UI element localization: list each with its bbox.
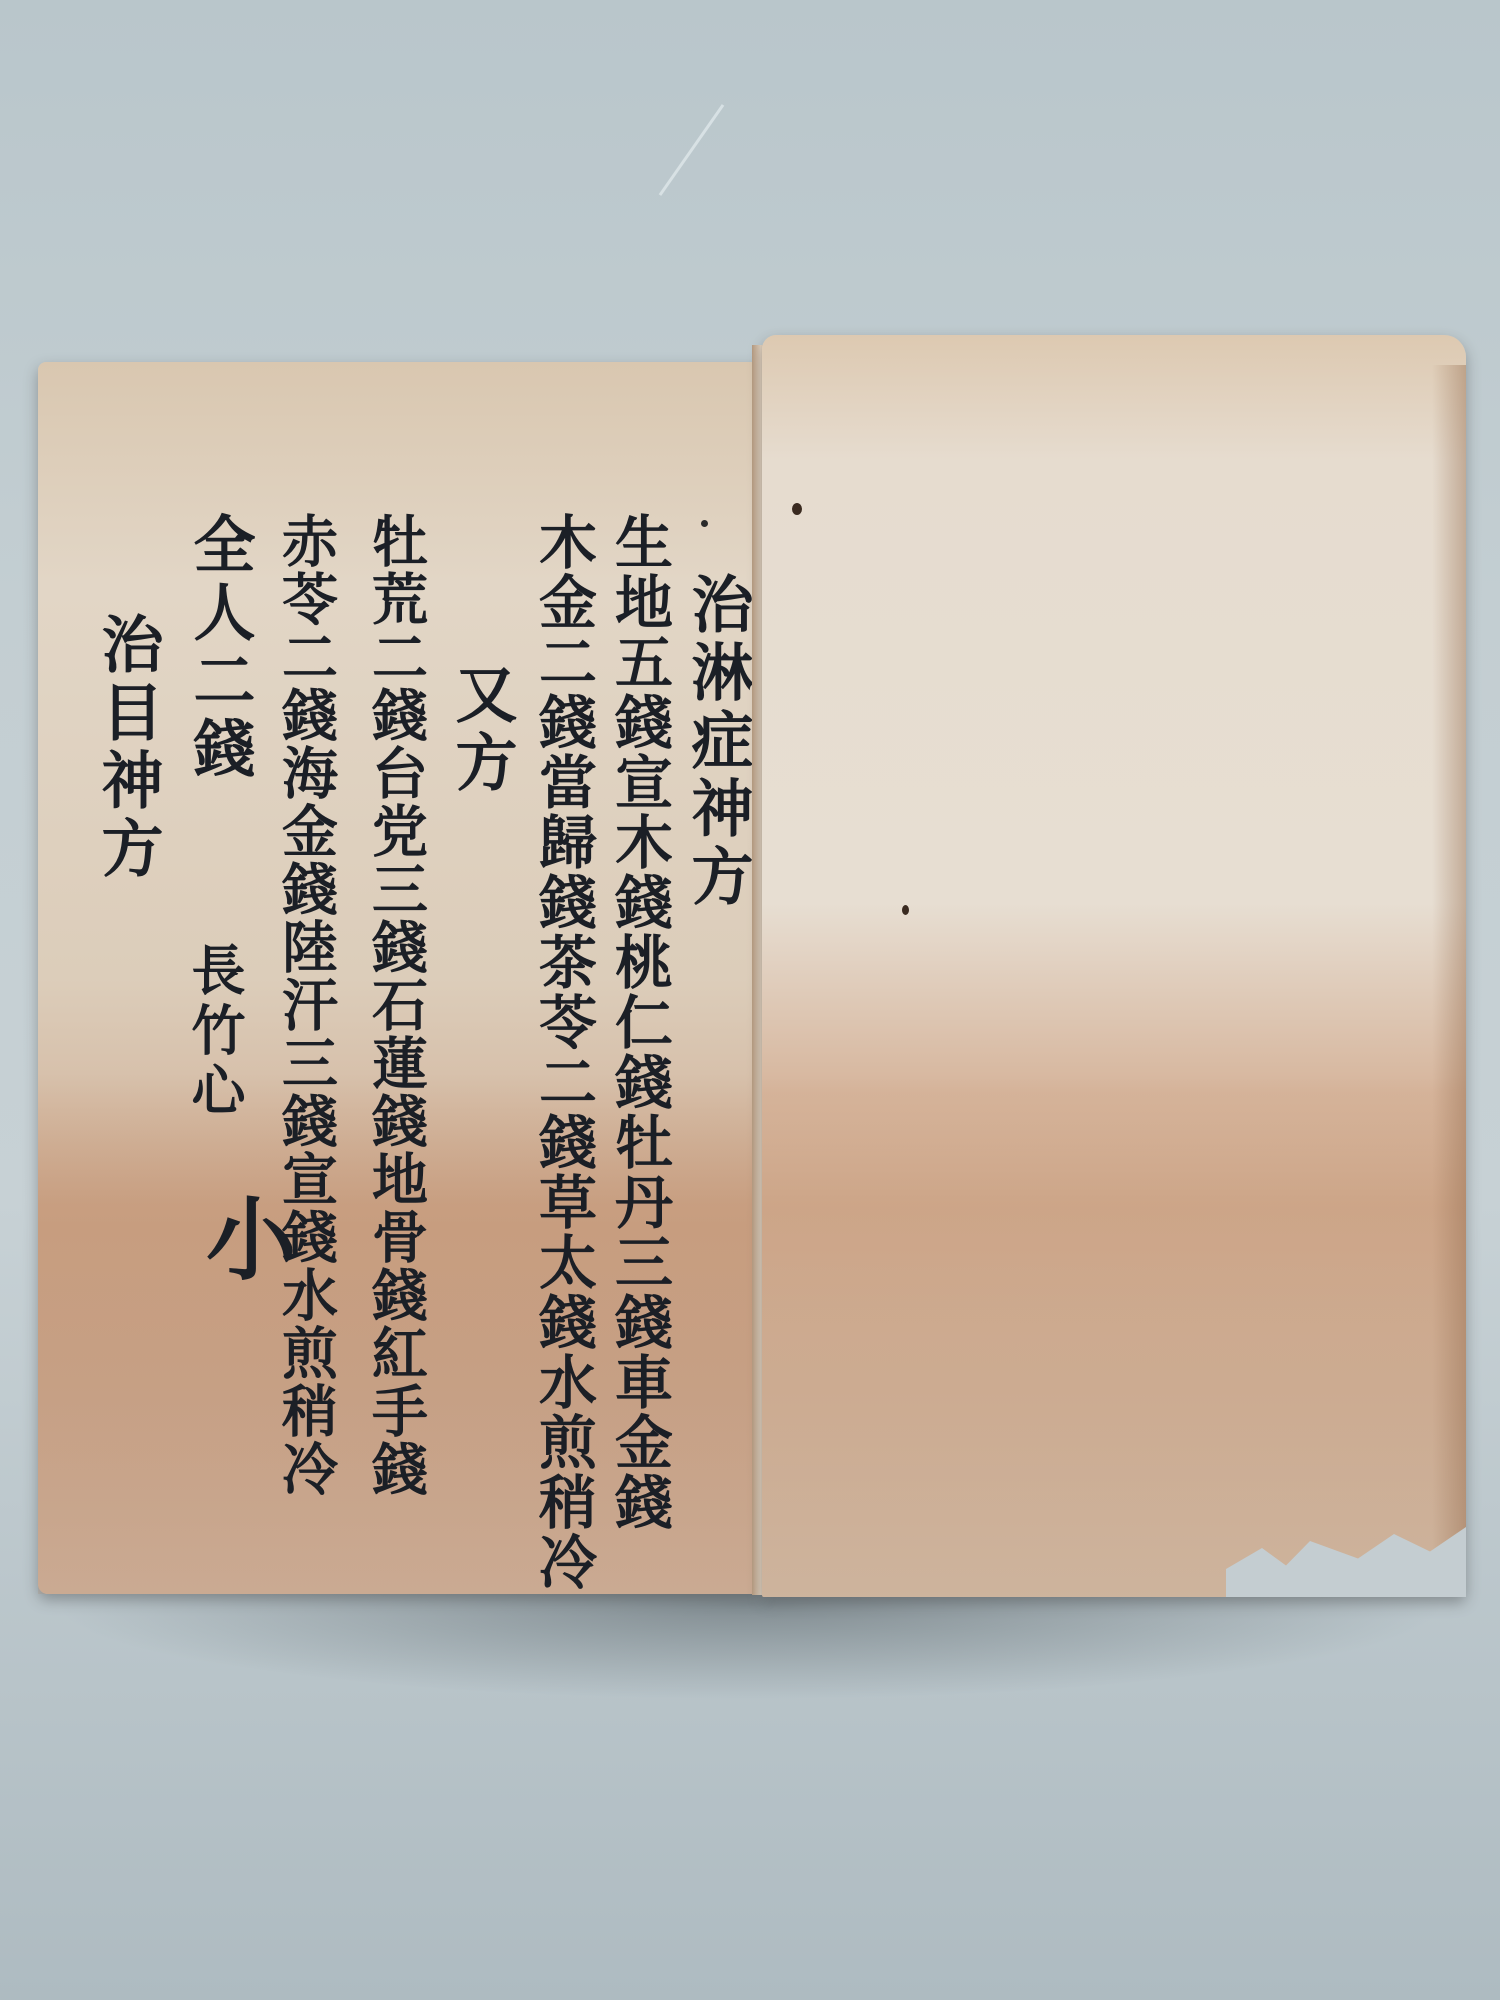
prescription-column-2: 木金二錢當歸錢茶苓二錢草太錢水煎稍冷: [534, 512, 592, 1592]
prescription-column-1: 生地五錢宣木錢桃仁錢牡丹三錢車金錢: [610, 512, 668, 1532]
page-edge: [1432, 365, 1466, 1567]
background-scratch: [659, 104, 725, 196]
title-column-eye: 治目神方: [96, 612, 158, 884]
torn-corner: [1226, 1527, 1466, 1597]
water-stain: [762, 1077, 1466, 1597]
prescription-column-7: 小: [198, 1192, 288, 1288]
left-page: 治淋症神方 生地五錢宣木錢桃仁錢牡丹三錢車金錢 木金二錢當歸錢茶苓二錢草太錢水煎…: [38, 362, 762, 1594]
ink-dot: [701, 520, 708, 527]
title-column-linbing: 治淋症神方: [686, 572, 748, 912]
wormhole: [792, 503, 802, 515]
right-page: [762, 335, 1466, 1597]
wormhole: [902, 905, 909, 915]
prescription-column-6: 長竹心: [188, 942, 242, 1122]
prescription-column-5: 全人二錢: [188, 512, 250, 784]
alternate-recipe-heading: 又方: [450, 662, 512, 798]
prescription-column-3: 牡荒二錢台党三錢石蓮錢地骨錢紅手錢: [368, 512, 424, 1498]
prescription-column-4: 赤苓二錢海金錢陸汗三錢宣錢水煎稍冷: [278, 512, 334, 1498]
book-shadow: [50, 1580, 1450, 1700]
